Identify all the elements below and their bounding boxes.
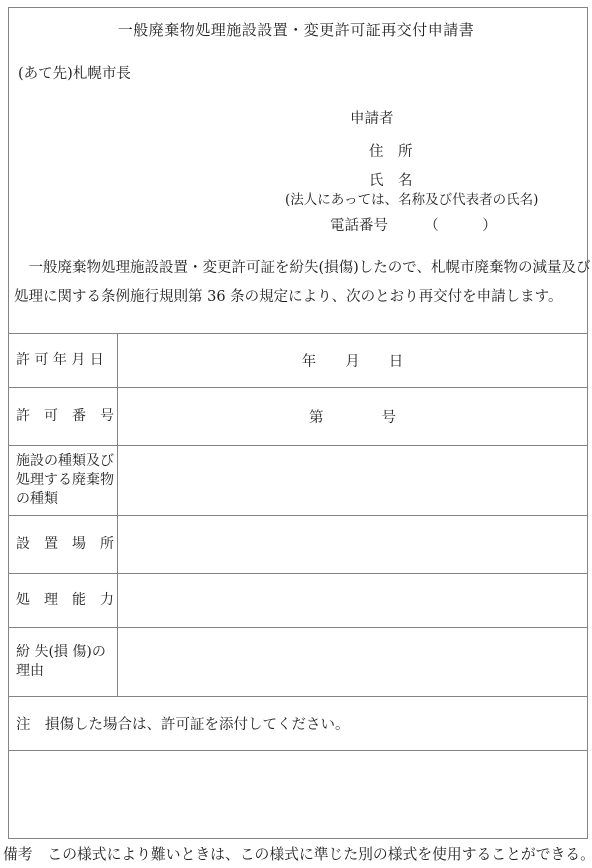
row-label-permit-date: 許 可 年 月 日	[9, 334, 118, 388]
applicant-heading: 申請者	[350, 107, 394, 128]
addressee-line: (あて先)札幌市長	[18, 62, 131, 83]
cell-installation-site[interactable]	[118, 516, 588, 574]
empty-fill-area[interactable]	[9, 751, 588, 839]
note-text: 注 損傷した場合は、許可証を添付してください。	[9, 697, 588, 751]
table-row: 許 可 番 号 第 号	[9, 388, 588, 446]
row-label-permit-number: 許 可 番 号	[9, 388, 118, 446]
applicant-name-label: 氏 名	[369, 169, 413, 190]
applicant-phone-line: 電話番号 （ ）	[330, 214, 497, 235]
applicant-corporate-note: (法人にあっては、名称及び代表者の氏名)	[285, 188, 538, 208]
table-row: 紛 失(損 傷)の 理由	[9, 628, 588, 697]
applicant-address-label: 住 所	[369, 140, 413, 161]
row-label-facility-type: 施設の種類及び 処理する廃棄物 の種類	[9, 446, 118, 516]
form-title: 一般廃棄物処理施設設置・変更許可証再交付申請書	[0, 19, 592, 40]
table-row: 処 理 能 力	[9, 574, 588, 628]
row-label-loss-reason: 紛 失(損 傷)の 理由	[9, 628, 118, 697]
table-row: 設 置 場 所	[9, 516, 588, 574]
cell-permit-date[interactable]: 年 月 日	[118, 334, 588, 388]
remarks-line: 備考 この様式により難いときは、この様式に準じた別の様式を使用することができる。	[3, 843, 592, 864]
intro-paragraph: 一般廃棄物処理施設設置・変更許可証を紛失(損傷)したので、札幌市廃棄物の減量及び…	[14, 254, 584, 312]
application-form-page: 一般廃棄物処理施設設置・変更許可証再交付申請書 (あて先)札幌市長 申請者 住 …	[0, 0, 592, 868]
note-row: 注 損傷した場合は、許可証を添付してください。	[9, 697, 588, 751]
table-row: 施設の種類及び 処理する廃棄物 の種類	[9, 446, 588, 516]
empty-row	[9, 751, 588, 839]
table-row: 許 可 年 月 日 年 月 日	[9, 334, 588, 388]
intro-line-1: 一般廃棄物処理施設設置・変更許可証を紛失(損傷)したので、札幌市廃棄物の減量及び	[14, 254, 584, 283]
row-label-processing-capacity: 処 理 能 力	[9, 574, 118, 628]
cell-facility-type[interactable]	[118, 446, 588, 516]
cell-processing-capacity[interactable]	[118, 574, 588, 628]
form-table: 許 可 年 月 日 年 月 日 許 可 番 号 第 号 施設の種類及び 処理する…	[8, 333, 588, 839]
intro-line-2: 処理に関する条例施行規則第 36 条の規定により、次のとおり再交付を申請します。	[14, 283, 584, 312]
row-label-installation-site: 設 置 場 所	[9, 516, 118, 574]
cell-loss-reason[interactable]	[118, 628, 588, 697]
cell-permit-number[interactable]: 第 号	[118, 388, 588, 446]
